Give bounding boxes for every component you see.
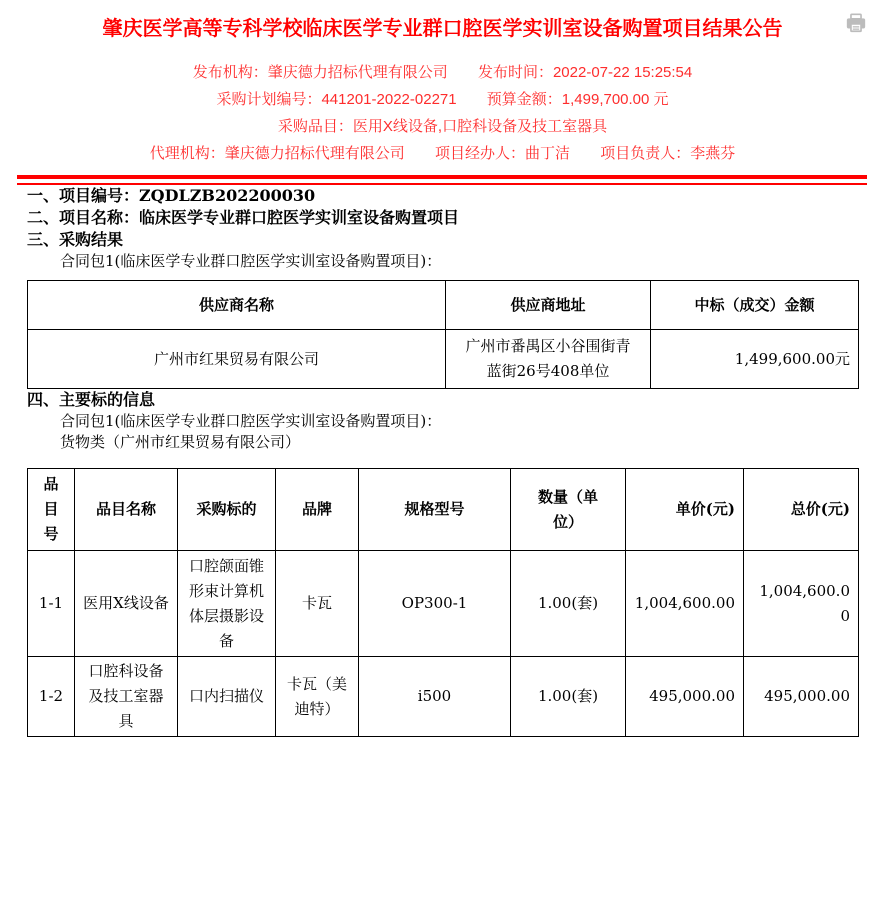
page-title: 肇庆医学高等专科学校临床医学专业群口腔医学实训室设备购置项目结果公告 <box>27 0 858 43</box>
spec-model-header: 规格型号 <box>359 469 511 551</box>
section-project-name: 二、项目名称：临床医学专业群口腔医学实训室设备购置项目 <box>27 207 858 229</box>
supplier-table-header-row: 供应商名称 供应商地址 中标（成交）金额 <box>28 281 859 330</box>
items-table: 品目号 品目名称 采购标的 品牌 规格型号 数量（单位） 单价(元) 总价(元)… <box>27 468 859 737</box>
item-name-header: 品目名称 <box>75 469 178 551</box>
manager-label: 项目负责人： <box>600 145 690 162</box>
budget-field: 预算金额：1,499,700.00 元 <box>487 91 669 108</box>
procurement-subject-cell: 口内扫描仪 <box>178 657 276 737</box>
agency-value: 肇庆德力招标代理有限公司 <box>225 145 405 162</box>
budget-value: 1,499,700.00 元 <box>562 91 669 108</box>
brand-cell: 卡瓦 <box>276 551 359 657</box>
total-price-cell: 1,004,600.00 <box>744 551 859 657</box>
double-red-divider <box>17 175 867 185</box>
meta-row-3: 代理机构：肇庆德力招标代理有限公司 项目经办人：曲丁洁 项目负责人：李燕芬 <box>27 140 858 167</box>
category-value: 医用X线设备,口腔科设备及技工室器具 <box>353 118 607 135</box>
quantity-unit-cell: 1.00(套) <box>511 657 626 737</box>
publisher-value: 肇庆德力招标代理有限公司 <box>268 64 448 81</box>
plan-number-label: 采购计划编号： <box>216 91 321 108</box>
item-no-cell: 1-1 <box>28 551 75 657</box>
meta-row-1: 发布机构：肇庆德力招标代理有限公司 发布时间：2022-07-22 15:25:… <box>27 59 858 86</box>
supplier-name-header: 供应商名称 <box>28 281 446 330</box>
publisher-field: 发布机构：肇庆德力招标代理有限公司 <box>193 64 448 81</box>
contract-package-2: 合同包1(临床医学专业群口腔医学实训室设备购置项目)： <box>27 411 858 432</box>
brand-cell: 卡瓦（美迪特） <box>276 657 359 737</box>
award-amount-cell: 1,499,600.00元 <box>651 330 859 389</box>
plan-number-value: 441201-2022-02271 <box>321 91 456 108</box>
goods-class-line: 货物类（广州市红果贸易有限公司） <box>27 432 858 453</box>
agency-field: 代理机构：肇庆德力招标代理有限公司 <box>150 145 405 162</box>
quantity-unit-header: 数量（单位） <box>511 469 626 551</box>
meta-info: 发布机构：肇庆德力招标代理有限公司 发布时间：2022-07-22 15:25:… <box>27 59 858 167</box>
unit-price-header: 单价(元) <box>626 469 744 551</box>
items-table-row-1: 1-1 医用X线设备 口腔颌面锥形束计算机体层摄影设备 卡瓦 OP300-1 1… <box>28 551 859 657</box>
manager-field: 项目负责人：李燕芬 <box>600 145 735 162</box>
manager-value: 李燕芬 <box>690 145 735 162</box>
supplier-name-cell: 广州市红果贸易有限公司 <box>28 330 446 389</box>
printer-icon <box>845 12 867 34</box>
handler-value: 曲丁洁 <box>525 145 570 162</box>
handler-field: 项目经办人：曲丁洁 <box>435 145 570 162</box>
contract-package-1: 合同包1(临床医学专业群口腔医学实训室设备购置项目)： <box>27 251 858 272</box>
publisher-label: 发布机构： <box>193 64 268 81</box>
procurement-subject-cell: 口腔颌面锥形束计算机体层摄影设备 <box>178 551 276 657</box>
announcement-document: 肇庆医学高等专科学校临床医学专业群口腔医学实训室设备购置项目结果公告 发布机构：… <box>0 0 885 737</box>
items-table-header-row: 品目号 品目名称 采购标的 品牌 规格型号 数量（单位） 单价(元) 总价(元) <box>28 469 859 551</box>
supplier-table-row: 广州市红果贸易有限公司 广州市番禺区小谷围街青蓝街26号408单位 1,499,… <box>28 330 859 389</box>
category-field: 采购品目：医用X线设备,口腔科设备及技工室器具 <box>278 118 607 135</box>
category-label: 采购品目： <box>278 118 353 135</box>
supplier-table: 供应商名称 供应商地址 中标（成交）金额 广州市红果贸易有限公司 广州市番禺区小… <box>27 280 859 389</box>
item-no-cell: 1-2 <box>28 657 75 737</box>
brand-header: 品牌 <box>276 469 359 551</box>
meta-row-2: 采购计划编号：441201-2022-02271 预算金额：1,499,700.… <box>27 86 858 140</box>
unit-price-cell: 495,000.00 <box>626 657 744 737</box>
section-main-subject-info: 四、主要标的信息 <box>27 389 858 411</box>
spec-model-cell: OP300-1 <box>359 551 511 657</box>
publish-time-label: 发布时间： <box>478 64 553 81</box>
publish-time-value: 2022-07-22 15:25:54 <box>553 64 692 81</box>
print-button[interactable] <box>845 12 867 34</box>
item-name-cell: 口腔科设备及技工室器具 <box>75 657 178 737</box>
publish-time-field: 发布时间：2022-07-22 15:25:54 <box>478 64 692 81</box>
quantity-unit-cell: 1.00(套) <box>511 551 626 657</box>
item-no-header: 品目号 <box>28 469 75 551</box>
procurement-subject-header: 采购标的 <box>178 469 276 551</box>
agency-label: 代理机构： <box>150 145 225 162</box>
supplier-address-header: 供应商地址 <box>446 281 651 330</box>
award-amount-header: 中标（成交）金额 <box>651 281 859 330</box>
plan-number-field: 采购计划编号：441201-2022-02271 <box>216 91 456 108</box>
item-name-cell: 医用X线设备 <box>75 551 178 657</box>
items-table-row-2: 1-2 口腔科设备及技工室器具 口内扫描仪 卡瓦（美迪特） i500 1.00(… <box>28 657 859 737</box>
section-procurement-result: 三、采购结果 <box>27 229 858 251</box>
total-price-header: 总价(元) <box>744 469 859 551</box>
spec-model-cell: i500 <box>359 657 511 737</box>
budget-label: 预算金额： <box>487 91 562 108</box>
handler-label: 项目经办人： <box>435 145 525 162</box>
total-price-cell: 495,000.00 <box>744 657 859 737</box>
supplier-address-cell: 广州市番禺区小谷围街青蓝街26号408单位 <box>446 330 651 389</box>
unit-price-cell: 1,004,600.00 <box>626 551 744 657</box>
section-project-number: 一、项目编号：ZQDLZB202200030 <box>27 185 858 207</box>
